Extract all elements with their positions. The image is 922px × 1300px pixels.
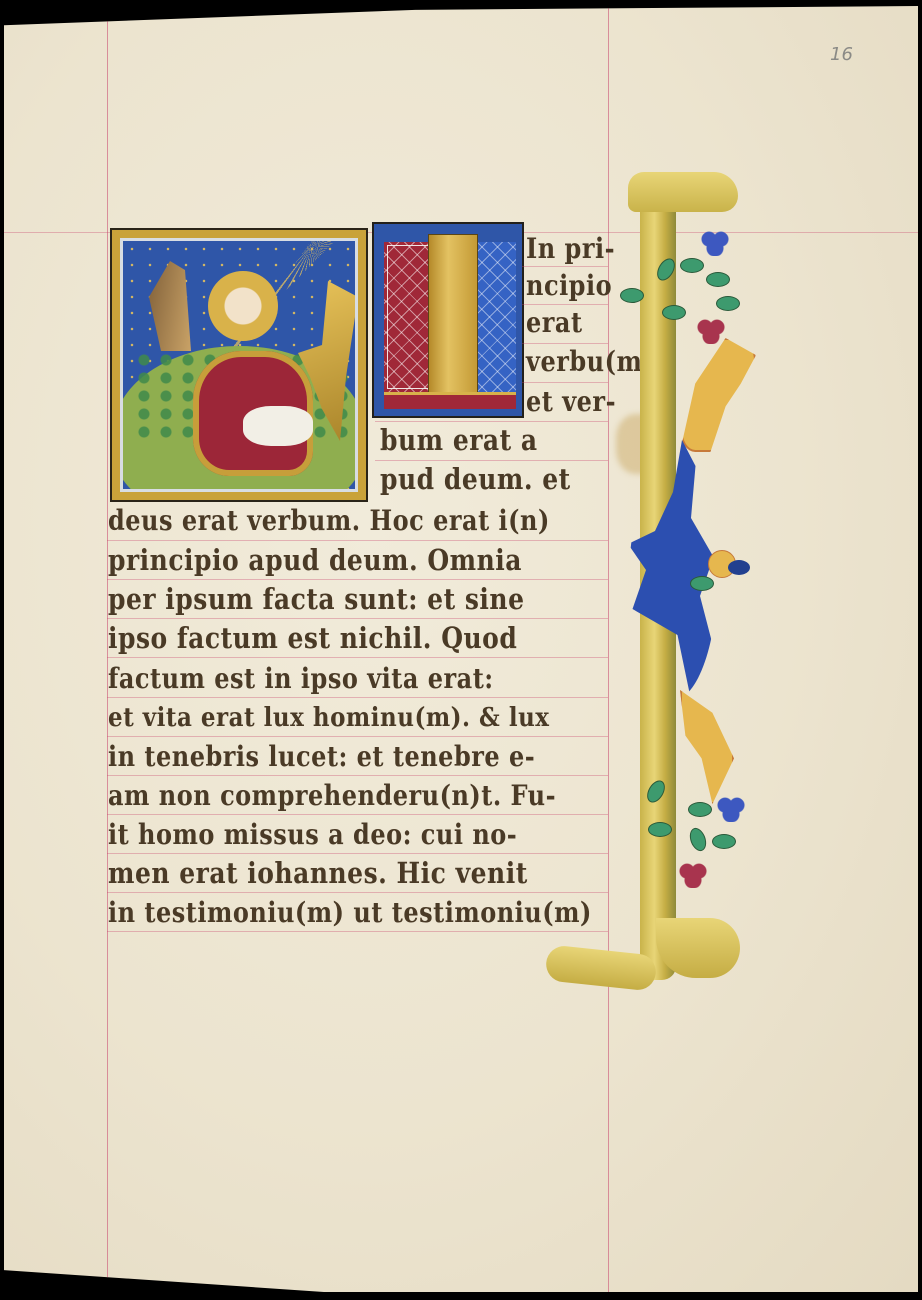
leaf-icon <box>690 576 714 591</box>
text-line: it homo missus a deo: cui no- <box>108 818 517 853</box>
ruling-line <box>107 540 608 541</box>
leaf-icon <box>712 834 736 849</box>
ruling-line <box>522 304 608 305</box>
ruling-line <box>522 382 608 383</box>
leaf-icon <box>716 296 740 311</box>
initial-gold-letter <box>428 234 478 406</box>
text-line: deus erat verbum. Hoc erat i(n) <box>108 504 550 539</box>
ruling-line <box>107 775 608 776</box>
initial-red-panel <box>384 242 434 392</box>
text-line: In pri- <box>526 232 615 267</box>
text-line: per ipsum facta sunt: et sine <box>108 583 525 618</box>
blue-flower-icon <box>700 230 730 256</box>
ruling-line-right <box>608 6 609 1292</box>
text-line: et vita erat lux hominu(m). & lux <box>108 701 550 736</box>
ruling-line <box>107 931 608 932</box>
text-line: in testimoniu(m) ut testimoniu(m) <box>108 896 592 931</box>
ruling-line <box>107 618 608 619</box>
ruling-line <box>107 814 608 815</box>
text-line: principio apud deum. Omnia <box>108 544 522 579</box>
text-line: in tenebris lucet: et tenebre e- <box>108 740 535 775</box>
leaf-icon <box>662 305 686 320</box>
leaf-icon <box>688 802 712 817</box>
initial-blue-panel <box>472 242 516 392</box>
text-line: ncipio <box>526 269 612 304</box>
ruling-line <box>107 853 608 854</box>
miniature-scene <box>120 238 358 492</box>
text-line: bum erat a <box>380 424 538 459</box>
red-flower-icon <box>696 318 726 344</box>
text-line: et ver- <box>526 385 616 420</box>
text-line: factum est in ipso vita erat: <box>108 662 494 697</box>
text-line: ipso factum est nichil. Quod <box>108 622 517 657</box>
text-line: pud deum. et <box>380 463 571 498</box>
leaf-icon <box>648 822 672 837</box>
ruling-line <box>107 892 608 893</box>
folio-number: 16 <box>830 44 853 65</box>
ruling-line <box>107 657 608 658</box>
ruling-line <box>522 266 608 267</box>
gold-branch-top <box>628 172 738 212</box>
text-line: erat <box>526 306 583 341</box>
ruling-line <box>107 736 608 737</box>
decorated-initial <box>372 222 524 418</box>
ruling-line <box>375 460 608 461</box>
scroll <box>243 406 313 446</box>
initial-bottom-bar <box>384 392 516 409</box>
text-line: verbu(m) <box>526 345 654 380</box>
blue-flower-icon <box>716 796 746 822</box>
miniature-st-john <box>110 228 368 502</box>
red-flower-icon <box>678 862 708 888</box>
leaf-icon <box>620 288 644 303</box>
ruling-line <box>522 343 608 344</box>
blue-fruit-cap <box>728 560 750 575</box>
ruling-line <box>107 579 608 580</box>
text-line: men erat iohannes. Hic venit <box>108 857 528 892</box>
ruling-line <box>375 421 608 422</box>
halo-icon <box>208 271 278 341</box>
ruling-line <box>107 697 608 698</box>
leaf-icon <box>706 272 730 287</box>
leaf-icon <box>680 258 704 273</box>
text-line: am non comprehenderu(n)t. Fu- <box>108 779 556 814</box>
